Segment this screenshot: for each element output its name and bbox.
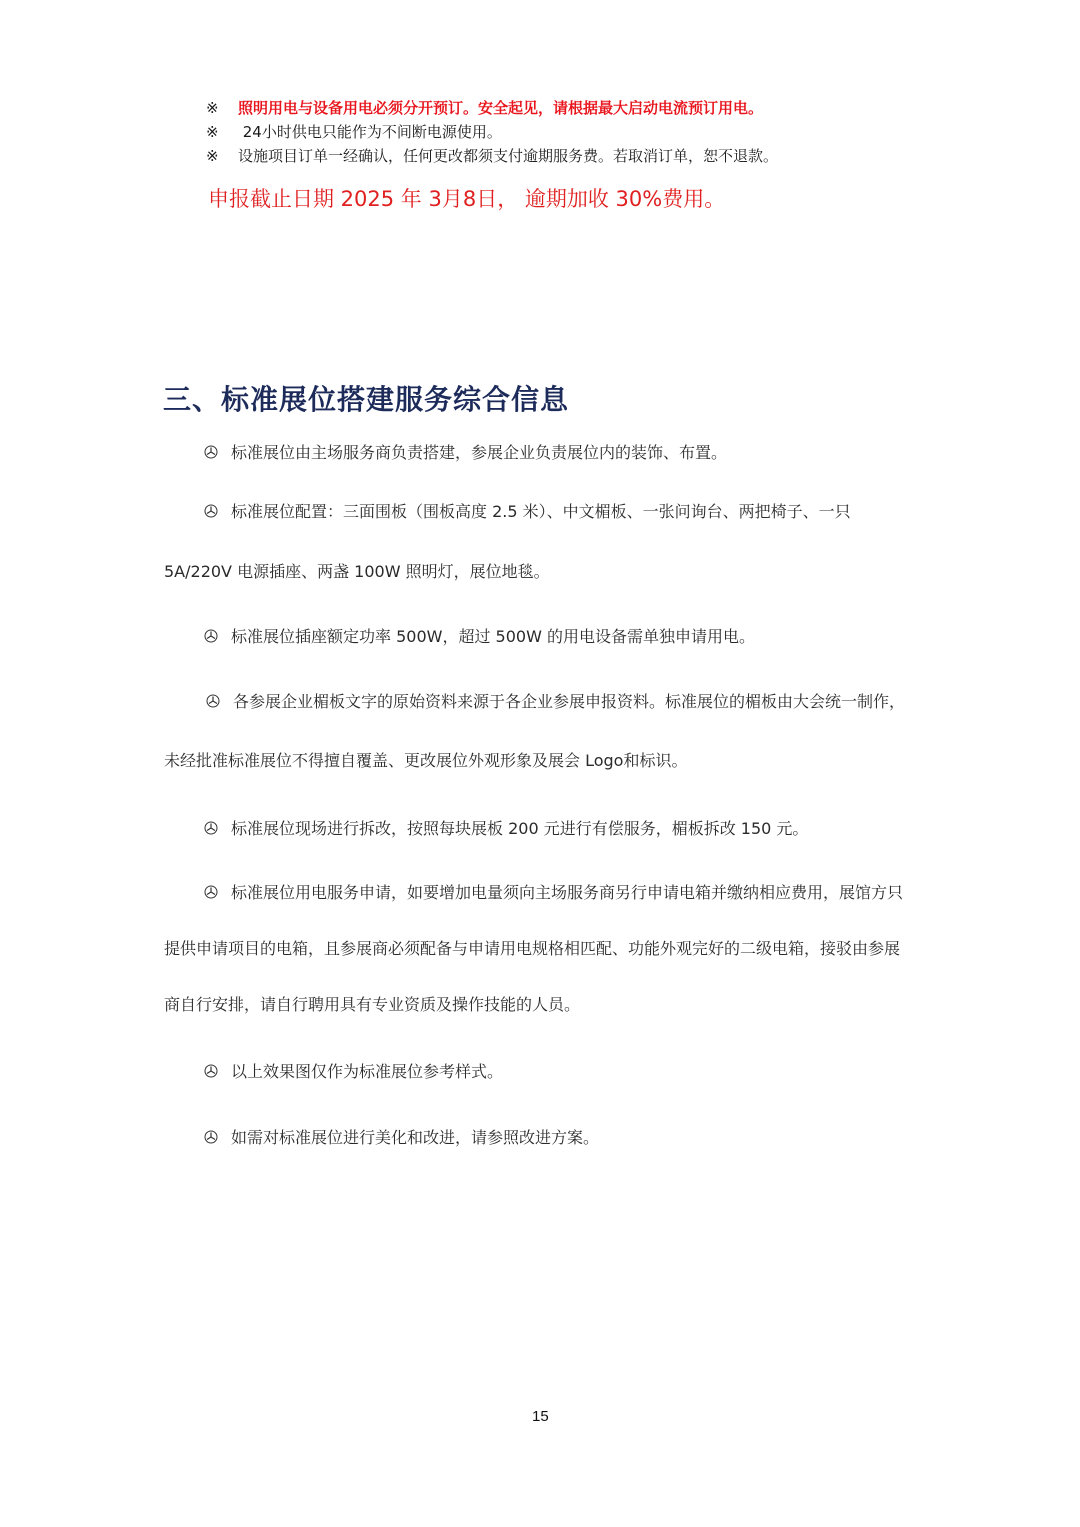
note-24h-power: ※ 24小时供电只能作为不间断电源使用。 [206,121,502,143]
bullet-item-4-continued: 未经批准标准展位不得擅自覆盖、更改展位外观形象及展会 Logo和标识。 [164,750,687,772]
bullet-item-6-continued: 提供申请项目的电箱，且参展商必须配备与申请用电规格相匹配、功能外观完好的二级电箱… [164,938,900,960]
section-title: 三、标准展位搭建服务综合信息 [163,378,569,418]
bullet-item-6: 标准展位用电服务申请，如要增加电量须向主场服务商另行申请电箱并缴纳相应费用，展馆… [204,882,903,904]
circled-three-spoke-icon [204,445,218,459]
reference-mark-icon: ※ [206,121,238,143]
bullet-item-3: 标准展位插座额定功率 500W，超过 500W 的用电设备需单独申请用电。 [204,626,755,648]
note-lighting-power: ※照明用电与设备用电必须分开预订。安全起见，请根据最大启动电流预订用电。 [206,97,763,119]
bullet-item-4: 各参展企业楣板文字的原始资料来源于各企业参展申报资料。标准展位的楣板由大会统一制… [206,691,905,713]
circled-three-spoke-icon [206,694,220,708]
reference-mark-icon: ※ [206,97,238,119]
circled-three-spoke-icon [204,1064,218,1078]
bullet-item-7: 以上效果图仅作为标准展位参考样式。 [204,1061,503,1083]
page-number: 15 [532,1408,549,1425]
bullet-item-2: 标准展位配置：三面围板（围板高度 2.5 米）、中文楣板、一张问询台、两把椅子、… [204,501,851,523]
bullet-item-6-continued-2: 商自行安排，请自行聘用具有专业资质及操作技能的人员。 [164,994,580,1016]
circled-three-spoke-icon [204,1130,218,1144]
note-order-change: ※设施项目订单一经确认，任何更改都须支付逾期服务费。若取消订单，恕不退款。 [206,145,778,167]
bullet-item-5: 标准展位现场进行拆改，按照每块展板 200 元进行有偿服务，楣板拆改 150 元… [204,818,808,840]
bullet-item-8: 如需对标准展位进行美化和改进，请参照改进方案。 [204,1127,599,1149]
bullet-item-1: 标准展位由主场服务商负责搭建，参展企业负责展位内的装饰、布置。 [204,442,727,464]
bullet-item-2-continued: 5A/220V 电源插座、两盏 100W 照明灯，展位地毯。 [164,561,550,583]
circled-three-spoke-icon [204,885,218,899]
circled-three-spoke-icon [204,821,218,835]
circled-three-spoke-icon [204,629,218,643]
circled-three-spoke-icon [204,504,218,518]
deadline-notice: 申报截止日期 2025 年 3月8日， 逾期加收 30%费用。 [208,183,725,213]
reference-mark-icon: ※ [206,145,238,167]
